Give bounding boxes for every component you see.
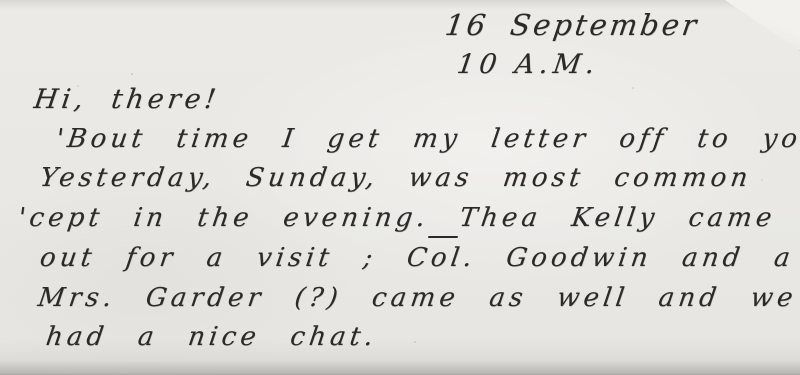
- body-line-4: out for a visit ; Col. Goodwin and a: [38, 243, 796, 273]
- body-line-6: had a nice chat.: [44, 322, 379, 352]
- time-line: 10 A.M.: [455, 49, 602, 80]
- body-line-2: Yesterday, Sunday, was most common: [38, 163, 754, 193]
- body-line-1: 'Bout time I get my letter off to you, h…: [54, 124, 800, 154]
- body-line-5: Mrs. Garder (?) came as well and we: [36, 283, 799, 313]
- body-line-3: 'cept in the evening. Thea Kelly came: [16, 203, 778, 233]
- greeting-line: Hi, there!: [32, 84, 222, 115]
- emphasis-underline-he: [428, 236, 458, 238]
- letter-paper: 16 September 10 A.M. Hi, there! 'Bout ti…: [0, 0, 800, 375]
- date-line: 16 September: [443, 8, 701, 42]
- paper-corner-crease: [722, 0, 800, 51]
